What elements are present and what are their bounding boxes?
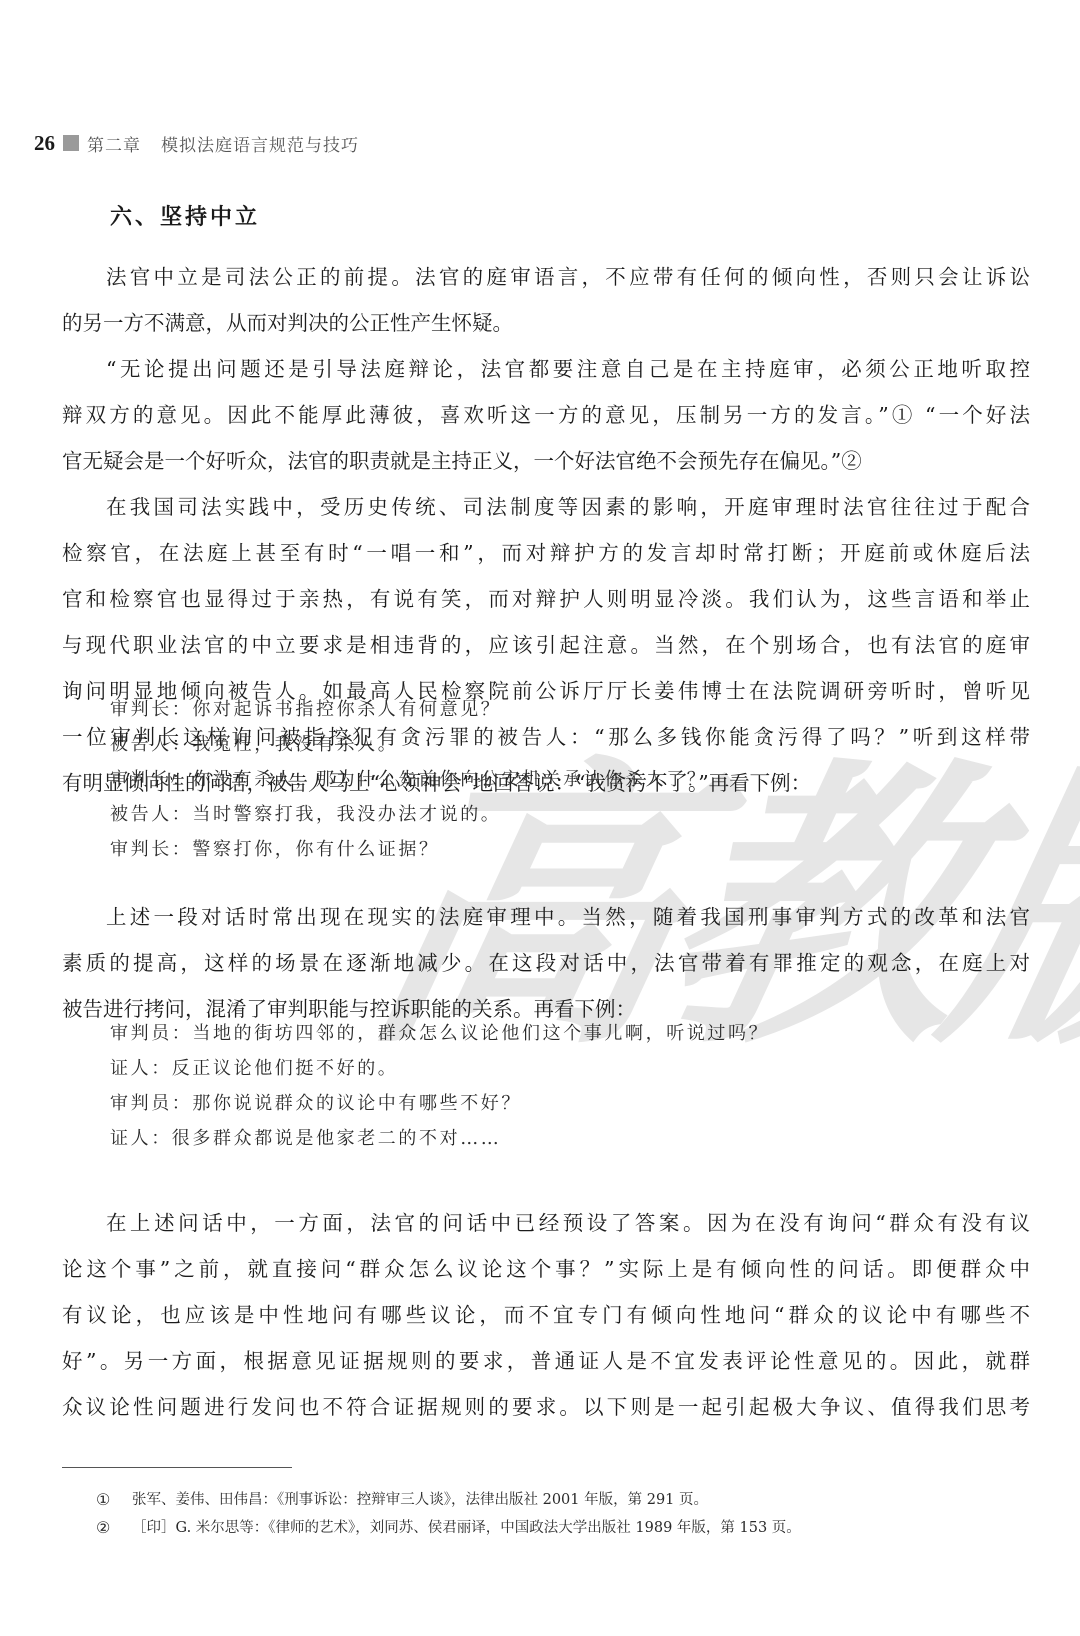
section-heading: 六、坚持中立 bbox=[110, 200, 260, 231]
paragraph-line: 好”。另一方面，根据意见证据规则的要求，普通证人是不宜发表评论性意见的。因此，就… bbox=[62, 1338, 1030, 1384]
paragraph-line: “无论提出问题还是引导法庭辩论，法官都要注意自己是在主持庭审，必须公正地听取控 bbox=[62, 346, 1030, 392]
dialogue-line: 审判员：那你说说群众的议论中有哪些不好？ bbox=[110, 1086, 769, 1121]
footnote-marker: ② bbox=[96, 1514, 132, 1542]
paragraph-line: 上述一段对话时常出现在现实的法庭审理中。当然，随着我国刑事审判方式的改革和法官 bbox=[62, 894, 1030, 940]
footnote-text: ［印］G. 米尔思等：《律师的艺术》，刘同苏、侯君丽译，中国政法大学出版社 19… bbox=[132, 1514, 801, 1542]
page-number: 26 bbox=[34, 131, 55, 156]
chapter-title: 模拟法庭语言规范与技巧 bbox=[161, 131, 359, 156]
dialogue-line: 审判员：当地的街坊四邻的，群众怎么议论他们这个事儿啊，听说过吗？ bbox=[110, 1016, 769, 1051]
paragraph-line: 论这个事”之前，就直接问“群众怎么议论这个事？”实际上是有倾向性的问话。即便群众… bbox=[62, 1246, 1030, 1292]
chapter-label: 第二章 bbox=[87, 131, 141, 156]
paragraph-1: 法官中立是司法公正的前提。法官的庭审语言，不应带有任何的倾向性，否则只会让诉讼 … bbox=[62, 254, 1030, 346]
paragraph-2: “无论提出问题还是引导法庭辩论，法官都要注意自己是在主持庭审，必须公正地听取控 … bbox=[62, 346, 1030, 484]
paragraph-line: 法官中立是司法公正的前提。法官的庭审语言，不应带有任何的倾向性，否则只会让诉讼 bbox=[62, 254, 1030, 300]
footnote-1: ① 张军、姜伟、田伟昌：《刑事诉讼：控辩审三人谈》，法律出版社 2001 年版，… bbox=[96, 1486, 801, 1514]
dialogue-line: 被告人：当时警察打我，我没办法才说的。 bbox=[110, 797, 707, 832]
footnote-divider bbox=[62, 1467, 292, 1468]
footnote-marker: ① bbox=[96, 1486, 132, 1514]
dialogue-example-2: 审判员：当地的街坊四邻的，群众怎么议论他们这个事儿啊，听说过吗？ 证人：反正议论… bbox=[110, 1016, 769, 1156]
paragraph-line: 官和检察官也显得过于亲热，有说有笑，而对辩护人则明显冷淡。我们认为，这些言语和举… bbox=[62, 576, 1030, 622]
paragraph-line: 在上述问话中，一方面，法官的问话中已经预设了答案。因为在没有询问“群众有没有议 bbox=[62, 1200, 1030, 1246]
dialogue-line: 证人：反正议论他们挺不好的。 bbox=[110, 1051, 769, 1086]
paragraph-4: 上述一段对话时常出现在现实的法庭审理中。当然，随着我国刑事审判方式的改革和法官 … bbox=[62, 894, 1030, 1032]
dialogue-line: 审判长：警察打你，你有什么证据？ bbox=[110, 832, 707, 867]
paragraph-line: 素质的提高，这样的场景在逐渐地减少。在这段对话中，法官带着有罪推定的观念，在庭上… bbox=[62, 940, 1030, 986]
dialogue-line: 审判长：你对起诉书指控你杀人有何意见？ bbox=[110, 692, 707, 727]
footnote-text: 张军、姜伟、田伟昌：《刑事诉讼：控辩审三人谈》，法律出版社 2001 年版，第 … bbox=[132, 1486, 708, 1514]
paragraph-line: 检察官，在法庭上甚至有时“一唱一和”，而对辩护方的发言却时常打断；开庭前或休庭后… bbox=[62, 530, 1030, 576]
paragraph-line: 有议论，也应该是中性地问有哪些议论，而不宜专门有倾向性地问“群众的议论中有哪些不 bbox=[62, 1292, 1030, 1338]
paragraph-line: 官无疑会是一个好听众，法官的职责就是主持正义，一个好法官绝不会预先存在偏见。”② bbox=[62, 438, 1030, 484]
dialogue-line: 被告人：我冤枉，我没有杀人。 bbox=[110, 727, 707, 762]
paragraph-5: 在上述问话中，一方面，法官的问话中已经预设了答案。因为在没有询问“群众有没有议 … bbox=[62, 1200, 1030, 1430]
running-head: 26 第二章 模拟法庭语言规范与技巧 bbox=[34, 130, 359, 156]
paragraph-line: 众议论性问题进行发问也不符合证据规则的要求。以下则是一起引起极大争议、值得我们思… bbox=[62, 1384, 1030, 1430]
dialogue-line: 审判长：你没有杀人，那为什么先前你向公安机关承认你杀人了？ bbox=[110, 762, 707, 797]
dialogue-line: 证人：很多群众都说是他家老二的不对…… bbox=[110, 1121, 769, 1156]
footnote-2: ② ［印］G. 米尔思等：《律师的艺术》，刘同苏、侯君丽译，中国政法大学出版社 … bbox=[96, 1514, 801, 1542]
paragraph-line: 与现代职业法官的中立要求是相违背的，应该引起注意。当然，在个别场合，也有法官的庭… bbox=[62, 622, 1030, 668]
paragraph-line: 辩双方的意见。因此不能厚此薄彼，喜欢听这一方的意见，压制另一方的发言。”① “一… bbox=[62, 392, 1030, 438]
dialogue-example-1: 审判长：你对起诉书指控你杀人有何意见？ 被告人：我冤枉，我没有杀人。 审判长：你… bbox=[110, 692, 707, 867]
footnotes: ① 张军、姜伟、田伟昌：《刑事诉讼：控辩审三人谈》，法律出版社 2001 年版，… bbox=[96, 1486, 801, 1542]
square-ornament-icon bbox=[63, 135, 79, 151]
paragraph-line: 的另一方不满意，从而对判决的公正性产生怀疑。 bbox=[62, 300, 1030, 346]
paragraph-line: 在我国司法实践中，受历史传统、司法制度等因素的影响，开庭审理时法官往往过于配合 bbox=[62, 484, 1030, 530]
